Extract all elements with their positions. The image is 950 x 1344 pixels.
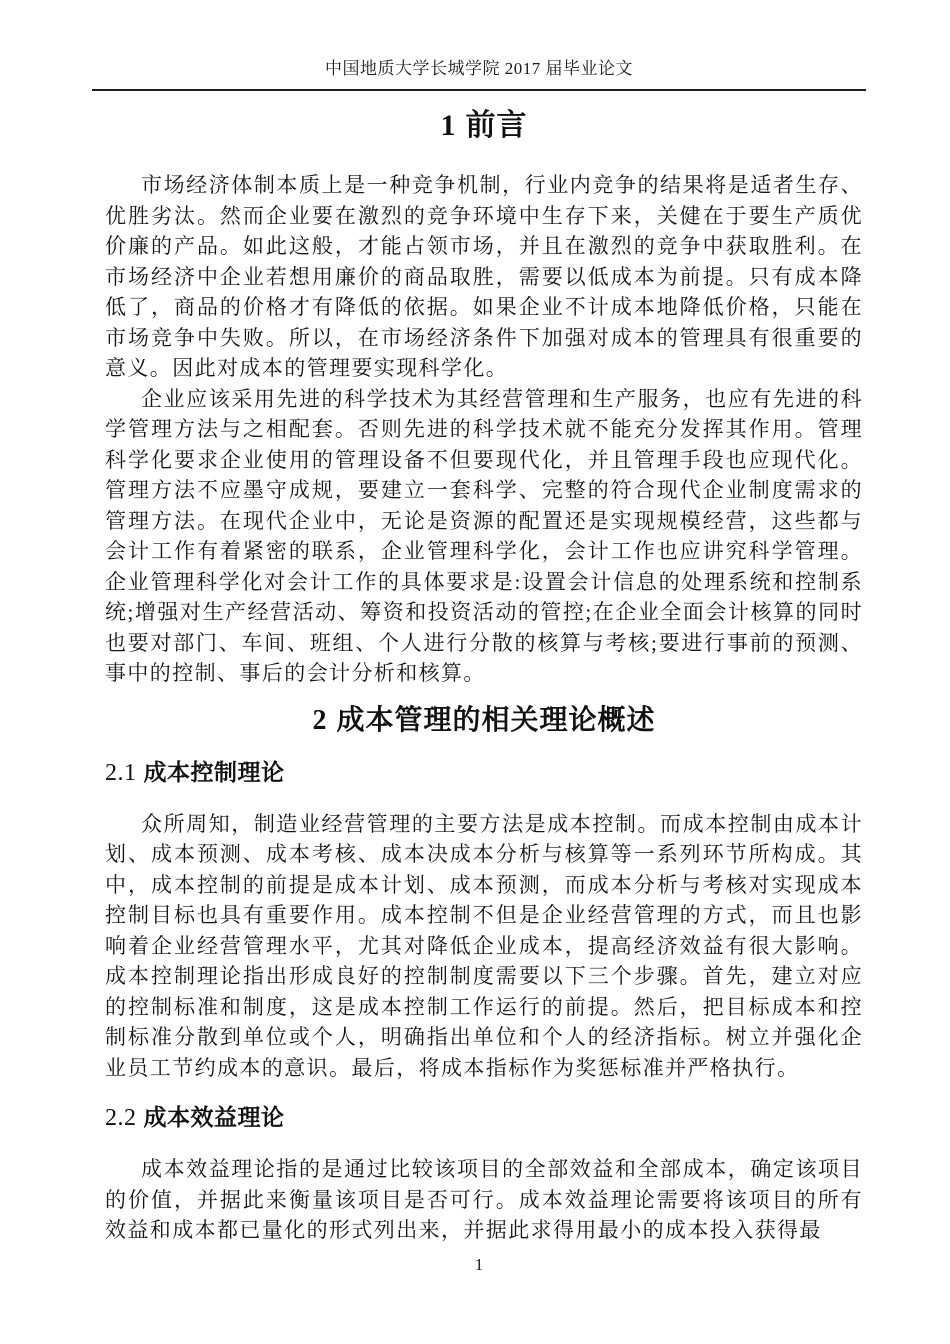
paragraph-preface-1: 市场经济体制本质上是一种竞争机制，行业内竞争的结果将是适者生存、优胜劣汰。然而企… bbox=[105, 170, 863, 384]
heading-cost-control-theory-number: 2.1 bbox=[105, 760, 137, 786]
heading-cost-management-theory-title: 成本管理的相关理论概述 bbox=[336, 704, 655, 735]
heading-cost-management-theory: 2成本管理的相关理论概述 bbox=[105, 703, 863, 738]
page-content: 1前言 市场经济体制本质上是一种竞争机制，行业内竞争的结果将是适者生存、优胜劣汰… bbox=[92, 108, 866, 1246]
heading-cost-benefit-theory-title: 成本效益理论 bbox=[144, 1104, 285, 1130]
heading-cost-management-theory-number: 2 bbox=[312, 705, 327, 736]
header-rule bbox=[92, 89, 866, 91]
paragraph-preface-2: 企业应该采用先进的科学技术为其经营管理和生产服务，也应有先进的科学管理方法与之相… bbox=[105, 384, 863, 689]
heading-cost-control-theory-title: 成本控制理论 bbox=[144, 759, 285, 785]
heading-preface-title: 前言 bbox=[466, 109, 528, 142]
thesis-page: 中国地质大学长城学院 2017 届毕业论文 1前言 市场经济体制本质上是一种竞争… bbox=[0, 0, 950, 1344]
heading-preface-number: 1 bbox=[441, 109, 457, 142]
page-number: 1 bbox=[92, 1255, 866, 1275]
running-head-title: 中国地质大学长城学院 2017 届毕业论文 bbox=[92, 58, 866, 80]
heading-cost-benefit-theory: 2.2成本效益理论 bbox=[105, 1103, 863, 1132]
heading-preface: 1前言 bbox=[105, 108, 863, 144]
heading-cost-control-theory: 2.1成本控制理论 bbox=[105, 758, 863, 787]
paragraph-cost-control: 众所周知，制造业经营管理的主要方法是成本控制。而成本控制由成本计划、成本预测、成… bbox=[105, 809, 863, 1084]
paragraph-cost-benefit: 成本效益理论指的是通过比较该项目的全部效益和全部成本，确定该项目的价值，并据此来… bbox=[105, 1154, 863, 1246]
heading-cost-benefit-theory-number: 2.2 bbox=[105, 1105, 137, 1131]
